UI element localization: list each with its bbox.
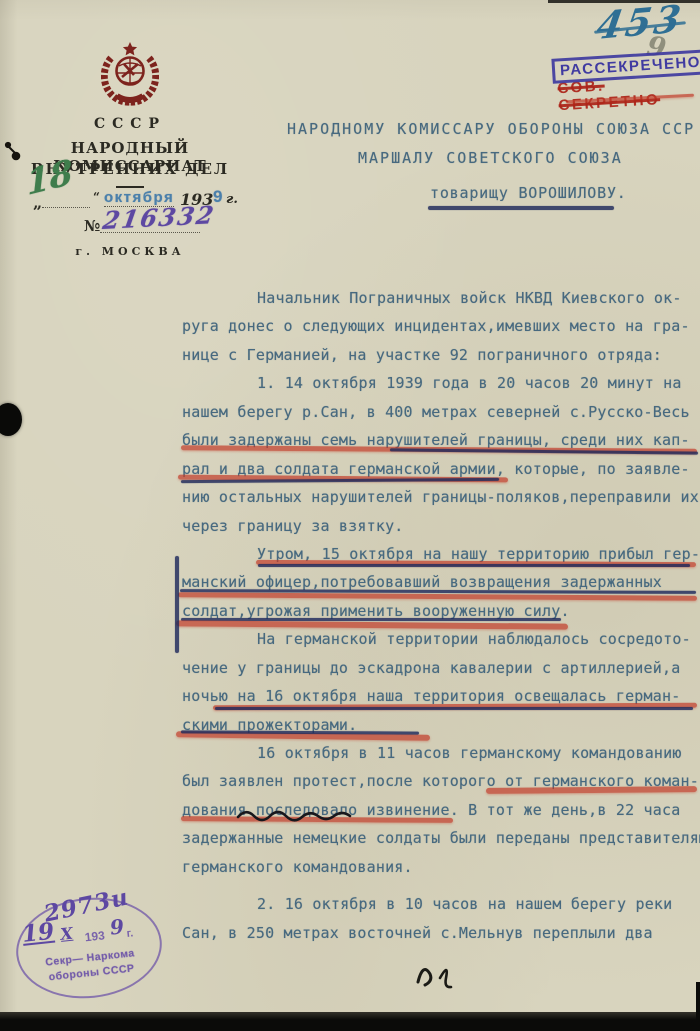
ink-blot [2, 139, 26, 167]
body-line: Начальник Пограничных войск НКВД Киевско… [182, 284, 698, 312]
addressee-line1: НАРОДНОМУ КОМИССАРУ ОБОРОНЫ СОЮЗА ССР [287, 120, 695, 138]
navy-underline [258, 564, 690, 567]
body-line: нашем берегу р.Сан, в 400 метрах северне… [182, 398, 698, 426]
body-line: 16 октября в 11 часов германскому команд… [182, 739, 698, 767]
body-line: задержанные немецкие солдаты были переда… [182, 824, 698, 852]
doc-number-label: № [84, 217, 100, 235]
registry-stamp-year-printed: 193 [84, 928, 105, 944]
body-line: чение у границы до эскадрона кавалерии с… [182, 654, 698, 682]
body-line: 2. 16 октября в 10 часов на нашем берегу… [182, 890, 698, 918]
margin-vertical-line [175, 556, 179, 653]
navy-underline [215, 707, 693, 710]
registry-stamp-month: X [59, 924, 73, 944]
date-suffix: г. [226, 192, 238, 207]
body-text: Начальник Пограничных войск НКВД Киевско… [182, 284, 698, 947]
body-line: германского командования. [182, 853, 698, 881]
registry-stamp-year-suffix: г. [126, 927, 134, 940]
date-close-quote: “ [93, 190, 100, 204]
body-line: нице с Германией, на участке 92 погранич… [182, 341, 698, 369]
scan-bottom-edge [0, 1012, 700, 1031]
hole-punch [0, 403, 22, 436]
doc-number-handwritten: 216332 [101, 200, 218, 235]
registry-stamp-year-digit: 9 [109, 914, 125, 939]
letterhead-country: СССР [0, 116, 260, 132]
letterhead-divider [116, 186, 144, 188]
body-line: На германской территории наблюдалось сос… [182, 625, 698, 653]
ussr-emblem-icon [101, 40, 159, 106]
addressee-line2: МАРШАЛУ СОВЕТСКОГО СОЮЗА [358, 149, 623, 167]
scan-right-edge [696, 982, 700, 1031]
ink-scribbles [408, 950, 458, 998]
body-line: через границу за взятку. [182, 512, 698, 540]
registry-stamp: 2973и 19 X 193 9 г. Секр— Наркома оборон… [11, 891, 167, 1006]
addressee-line3: товарищу ВОРОШИЛОВУ. [430, 184, 627, 202]
body-line: Сан, в 250 метрах восточней с.Мельнув пе… [182, 919, 698, 947]
body-line: 1. 14 октября 1939 года в 20 часов 20 ми… [182, 369, 698, 397]
letterhead-city: г. МОСКВА [0, 245, 260, 258]
body-line: нию остальных нарушителей границы-поляко… [182, 483, 698, 511]
body-line: руга донес о следующих инцидентах,имевши… [182, 312, 698, 340]
black-wavy-underline [236, 808, 366, 824]
scanned-document-page: СССР НАРОДНЫЙ КОМИССАРИАТ ВНУТРЕННИХ ДЕЛ… [0, 0, 700, 1031]
registry-stamp-day: 19 [21, 918, 56, 948]
scan-top-edge [548, 0, 700, 3]
addressee-underline [428, 206, 614, 210]
